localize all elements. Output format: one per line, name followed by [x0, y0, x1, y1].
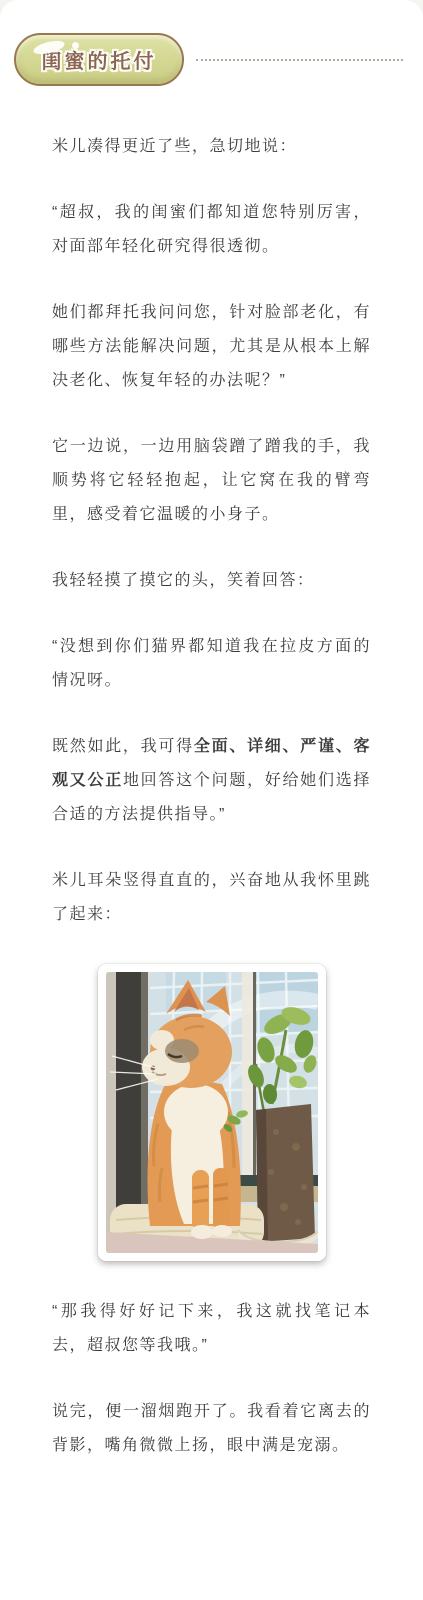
paragraph-5: 我轻轻摸了摸它的头，笑着回答： [52, 564, 371, 598]
paragraph-4: 它一边说，一边用脑袋蹭了蹭我的手，我顺势将它轻轻抱起，让它窝在我的臂弯里，感受着… [52, 430, 371, 532]
paragraph-9: “那我得好好记下来，我这就找笔记本去，超叔您等我哦。” [52, 1295, 371, 1363]
paragraph-2: “超叔，我的闺蜜们都知道您特别厉害，对面部年轻化研究得很透彻。 [52, 196, 371, 264]
cat-photo[interactable] [98, 964, 326, 1261]
plant-pot [256, 1104, 315, 1242]
paragraph-8: 米儿耳朵竖得直直的，兴奋地从我怀里跳了起来： [52, 864, 371, 932]
paragraph-1: 米儿凑得更近了些，急切地说： [52, 130, 371, 164]
paragraph-10: 说完，便一溜烟跑开了。我看着它离去的背影，嘴角微微上扬，眼中满是宠溺。 [52, 1395, 371, 1463]
dotted-divider [196, 59, 403, 61]
cat-photo-image [106, 972, 318, 1253]
photo-container [52, 964, 371, 1261]
paragraph-7: 既然如此，我可得全面、详细、严谨、客观又公正地回答这个问题，好给她们选择合适的方… [52, 730, 371, 832]
badge-shine-dot [72, 42, 79, 49]
article-page: 闺蜜的托付 米儿凑得更近了些，急切地说： “超叔，我的闺蜜们都知道您特别厉害，对… [0, 0, 423, 1600]
section-title-badge: 闺蜜的托付 [14, 33, 184, 86]
section-header: 闺蜜的托付 [0, 0, 423, 86]
paragraph-3: 她们都拜托我问问您，针对脸部老化，有哪些方法能解决问题，尤其是从根本上解决老化、… [52, 296, 371, 398]
paragraph-7-pre: 既然如此，我可得 [52, 738, 194, 755]
article-body: 米儿凑得更近了些，急切地说： “超叔，我的闺蜜们都知道您特别厉害，对面部年轻化研… [0, 130, 423, 1463]
paragraph-6: “没想到你们猫界都知道我在拉皮方面的情况呀。 [52, 630, 371, 698]
